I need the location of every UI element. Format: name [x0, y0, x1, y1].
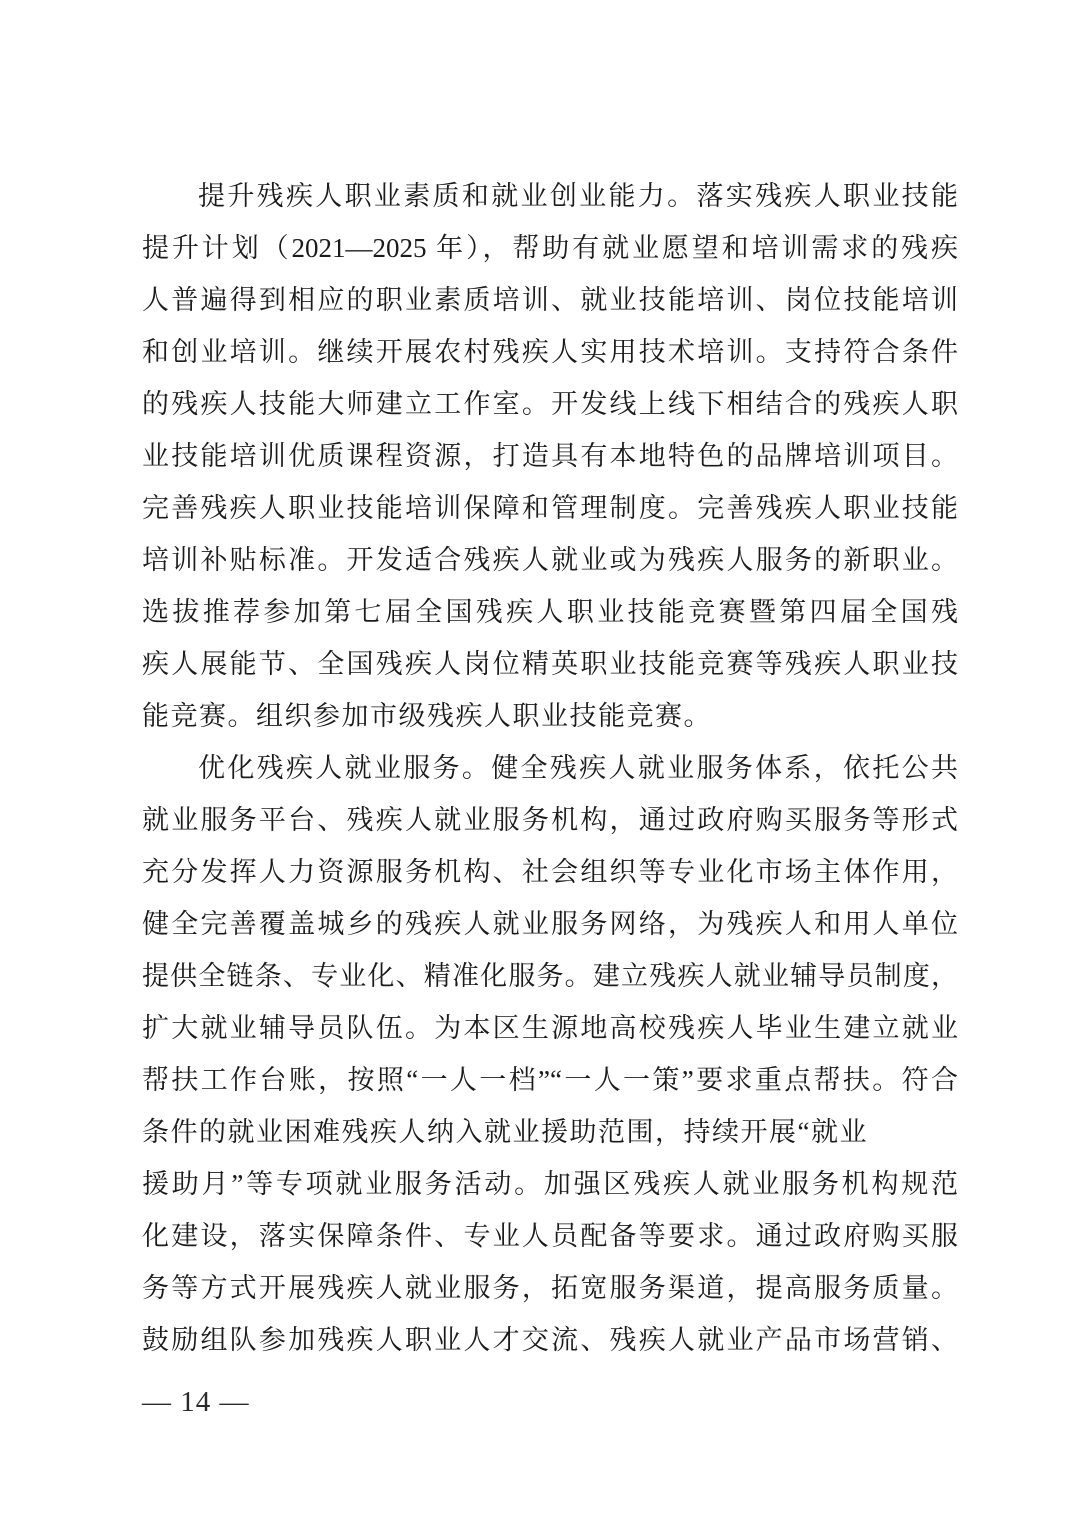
- text-line: 疾人展能节、全国残疾人岗位精英职业技能竞赛等残疾人职业技: [142, 638, 958, 690]
- text-line: 业技能培训优质课程资源，打造具有本地特色的品牌培训项目。: [142, 430, 958, 482]
- text-line: 健全完善覆盖城乡的残疾人就业服务网络，为残疾人和用人单位: [142, 898, 958, 950]
- text-line: 提升计划（2021—2025 年），帮助有就业愿望和培训需求的残疾: [142, 222, 958, 274]
- page-number: — 14 —: [142, 1382, 250, 1422]
- text-line: 帮扶工作台账，按照“一人一档”“一人一策”要求重点帮扶。符合: [142, 1054, 958, 1106]
- text-line: 鼓励组队参加残疾人职业人才交流、残疾人就业产品市场营销、: [142, 1314, 958, 1366]
- text-line: 的残疾人技能大师建立工作室。开发线上线下相结合的残疾人职: [142, 378, 958, 430]
- document-page: 提升残疾人职业素质和就业创业能力。落实残疾人职业技能提升计划（2021—2025…: [0, 0, 1074, 1520]
- text-line: 优化残疾人就业服务。健全残疾人就业服务体系，依托公共: [142, 742, 958, 794]
- document-body: 提升残疾人职业素质和就业创业能力。落实残疾人职业技能提升计划（2021—2025…: [142, 170, 958, 1366]
- text-line: 条件的就业困难残疾人纳入就业援助范围，持续开展“就业: [142, 1106, 958, 1158]
- text-line: 援助月”等专项就业服务活动。加强区残疾人就业服务机构规范: [142, 1158, 958, 1210]
- text-line: 培训补贴标准。开发适合残疾人就业或为残疾人服务的新职业。: [142, 534, 958, 586]
- text-line: 和创业培训。继续开展农村残疾人实用技术培训。支持符合条件: [142, 326, 958, 378]
- text-line: 提升残疾人职业素质和就业创业能力。落实残疾人职业技能: [142, 170, 958, 222]
- text-line: 化建设，落实保障条件、专业人员配备等要求。通过政府购买服: [142, 1210, 958, 1262]
- text-line: 选拔推荐参加第七届全国残疾人职业技能竞赛暨第四届全国残: [142, 586, 958, 638]
- text-line: 人普遍得到相应的职业素质培训、就业技能培训、岗位技能培训: [142, 274, 958, 326]
- text-line: 扩大就业辅导员队伍。为本区生源地高校残疾人毕业生建立就业: [142, 1002, 958, 1054]
- text-line: 务等方式开展残疾人就业服务，拓宽服务渠道，提高服务质量。: [142, 1262, 958, 1314]
- text-line: 完善残疾人职业技能培训保障和管理制度。完善残疾人职业技能: [142, 482, 958, 534]
- text-line: 能竞赛。组织参加市级残疾人职业技能竞赛。: [142, 690, 958, 742]
- text-line: 充分发挥人力资源服务机构、社会组织等专业化市场主体作用，: [142, 846, 958, 898]
- text-line: 提供全链条、专业化、精准化服务。建立残疾人就业辅导员制度，: [142, 950, 958, 1002]
- text-line: 就业服务平台、残疾人就业服务机构，通过政府购买服务等形式: [142, 794, 958, 846]
